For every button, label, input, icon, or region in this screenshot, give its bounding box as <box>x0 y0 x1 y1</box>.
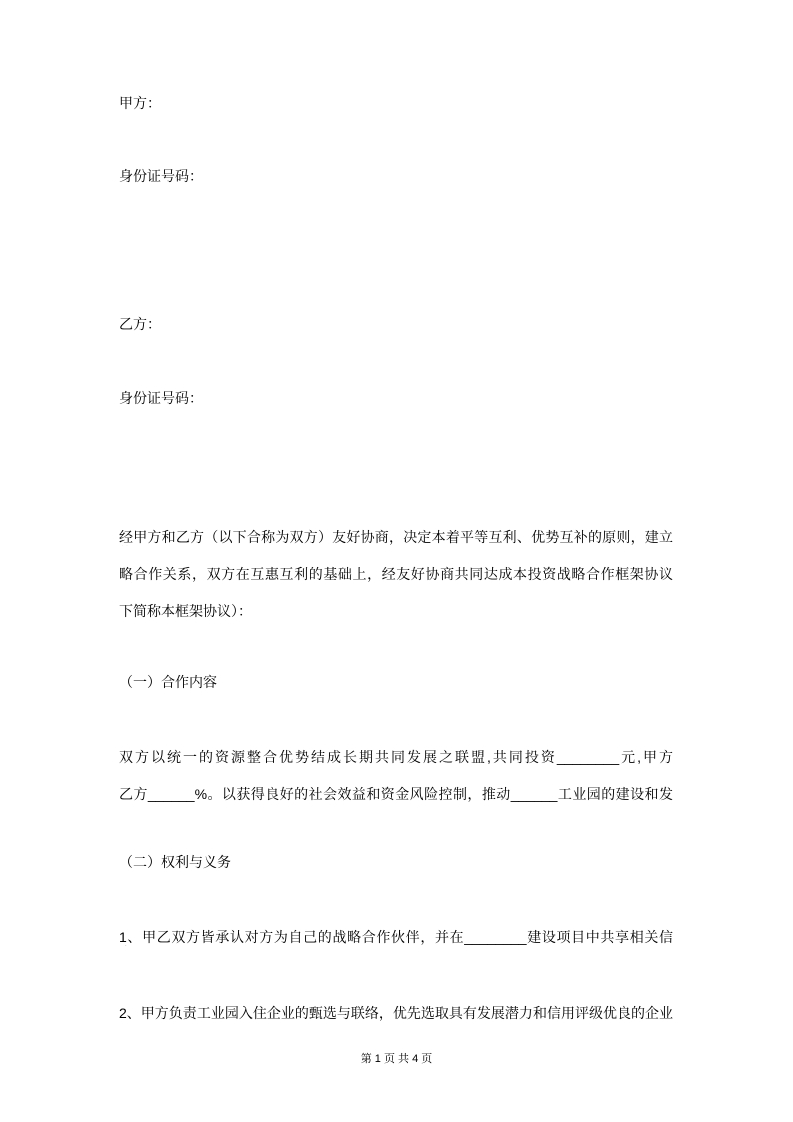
page-number-footer: 第 1 页 共 4 页 <box>0 1052 793 1066</box>
contract-document-page: 甲方： 身份证号码： 乙方： 身份证号码： 经甲方和乙方（以下合称为双方）友好协… <box>0 0 793 1122</box>
preamble-line-1: 经甲方和乙方（以下合称为双方）友好协商，决定本着平等互利、优势互补的原则，建立战 <box>119 529 673 546</box>
preamble-line-2: 略合作关系，双方在互惠互利的基础上，经友好协商共同达成本投资战略合作框架协议（以 <box>119 566 673 583</box>
section-1-heading: （一）合作内容 <box>119 674 673 690</box>
party-b-id-label: 身份证号码： <box>119 390 673 406</box>
preamble-line-3: 下简称本框架协议）： <box>119 603 673 619</box>
party-b-label: 乙方： <box>119 316 673 332</box>
party-a-label: 甲方： <box>119 95 673 111</box>
clause-item-1: 1、甲乙双方皆承认对方为自己的战略合作伙伴，并在________建设项目中共享相… <box>119 929 673 946</box>
section-2-heading: （二）权利与义务 <box>119 854 673 870</box>
clause-item-2: 2、甲方负责工业园入住企业的甄选与联络，优先选取具有发展潜力和信用评级优良的企业 <box>119 1005 673 1022</box>
party-a-id-label: 身份证号码： <box>119 168 673 184</box>
section-1-line-1: 双方以统一的资源整合优势结成长期共同发展之联盟,共同投资________元,甲方… <box>119 749 673 766</box>
section-1-line-2: 乙方______%。以获得良好的社会效益和资金风险控制，推动______工业园的… <box>119 786 673 803</box>
